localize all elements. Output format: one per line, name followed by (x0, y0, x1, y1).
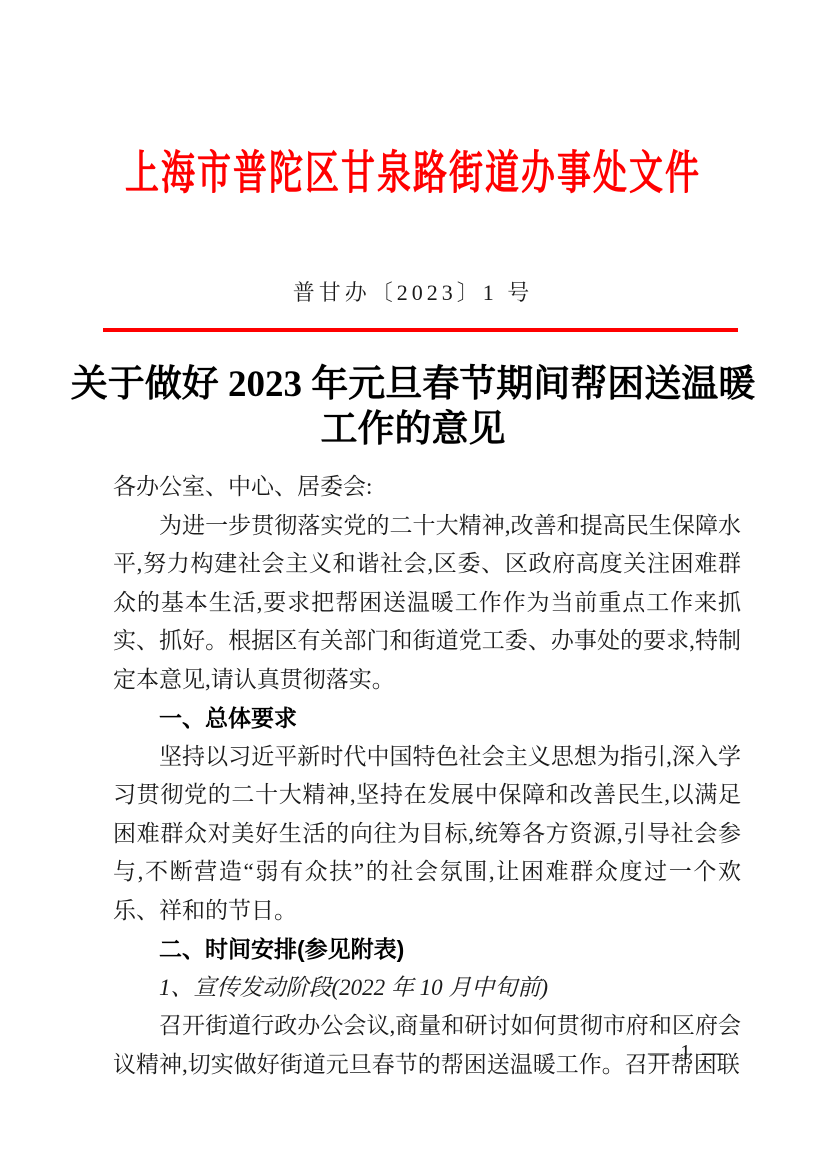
red-header-org-title: 上海市普陀区甘泉路街道办事处文件 (0, 136, 826, 202)
document-title-line2: 工作的意见 (321, 409, 506, 450)
document-title: 关于做好 2023 年元旦春节期间帮困送温暖 工作的意见 (0, 362, 826, 452)
document-number: 普甘办〔2023〕1 号 (0, 276, 826, 307)
stage-heading-publicity-phase: 1、宣传发动阶段(2022 年 10 月中旬前) (113, 969, 741, 1008)
section-heading-schedule: 二、时间安排(参见附表) (113, 930, 741, 969)
paragraph-overall-requirements: 坚持以习近平新时代中国特色社会主义思想为指引,深入学习贯彻党的二十大精神,坚持在… (113, 738, 741, 931)
paragraph-intro: 为进一步贯彻落实党的二十大精神,改善和提高民生保障水平,努力构建社会主义和谐社会… (113, 507, 741, 700)
page-number: — 1 — (648, 1040, 726, 1065)
document-page: 上海市普陀区甘泉路街道办事处文件 普甘办〔2023〕1 号 关于做好 2023 … (0, 0, 826, 1169)
document-body: 各办公室、中心、居委会: 为进一步贯彻落实党的二十大精神,改善和提高民生保障水平… (113, 468, 741, 1084)
salutation-line: 各办公室、中心、居委会: (113, 468, 741, 507)
document-title-line1: 关于做好 2023 年元旦春节期间帮困送温暖 (71, 364, 756, 405)
paragraph-publicity-phase: 召开街道行政办公会议,商量和研讨如何贯彻市府和区府会议精神,切实做好街道元旦春节… (113, 1007, 741, 1084)
red-divider-rule (103, 328, 738, 332)
section-heading-overall-requirements: 一、总体要求 (113, 699, 741, 738)
